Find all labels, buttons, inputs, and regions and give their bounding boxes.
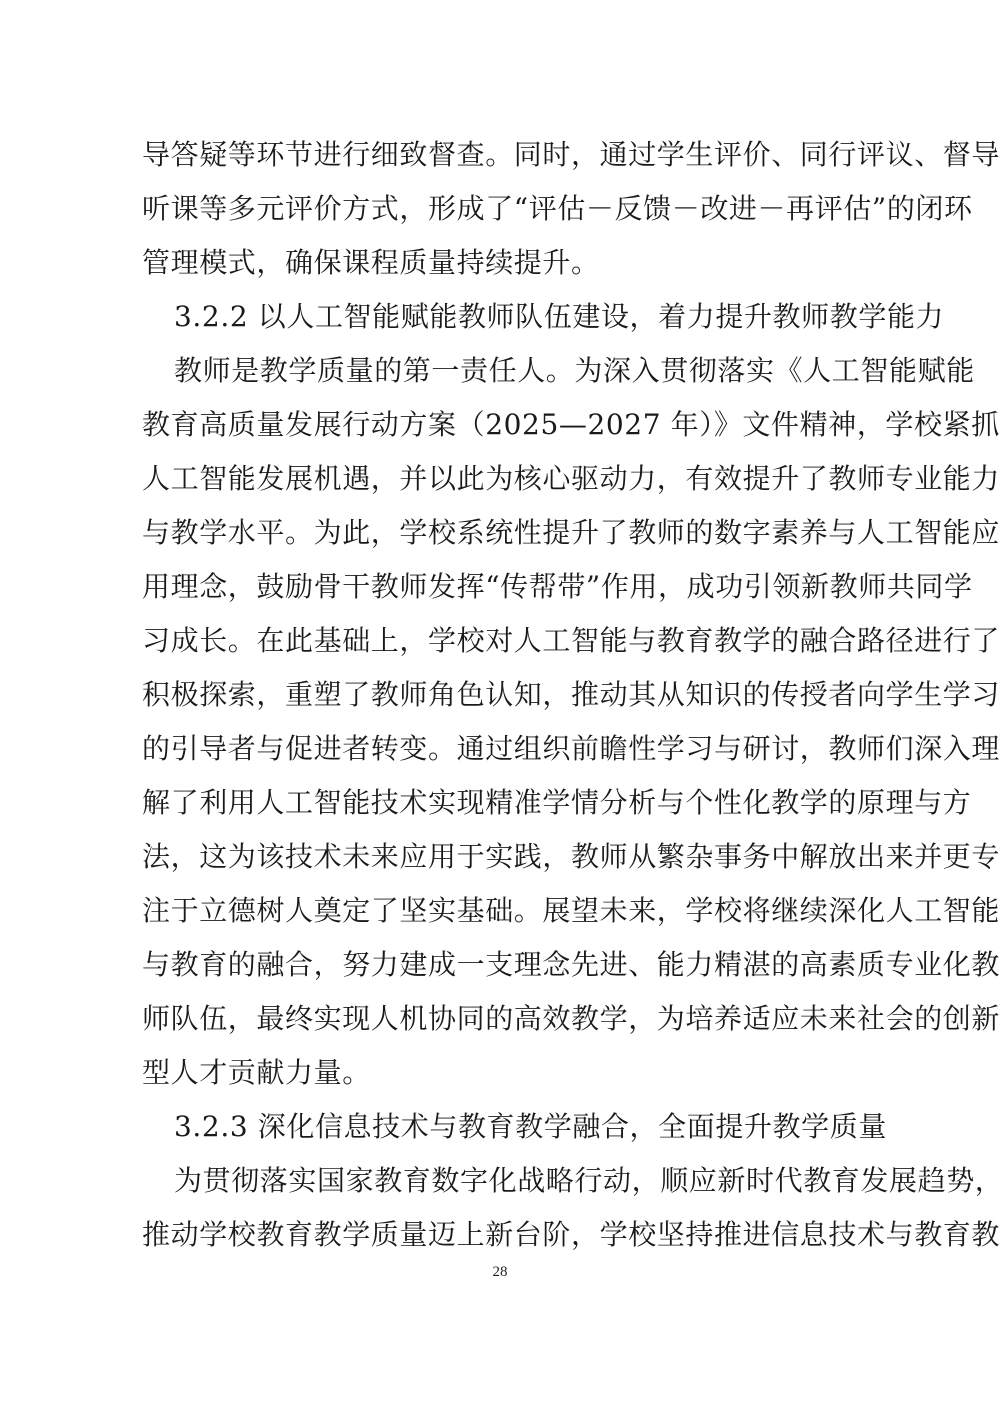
text-line: 与教学水平。为此，学校系统性提升了教师的数字素养与人工智能应 <box>142 513 862 553</box>
section-heading-3-2-3: 3.2.3 深化信息技术与教育教学融合，全面提升教学质量 <box>174 1107 862 1147</box>
text-line: 导答疑等环节进行细致督查。同时，通过学生评价、同行评议、督导 <box>142 135 862 175</box>
text-line: 师队伍，最终实现人机协同的高效教学，为培养适应未来社会的创新 <box>142 999 862 1039</box>
text-line: 型人才贡献力量。 <box>142 1053 862 1093</box>
text-line: 积极探索，重塑了教师角色认知，推动其从知识的传授者向学生学习 <box>142 675 862 715</box>
text-line: 推动学校教育教学质量迈上新台阶，学校坚持推进信息技术与教育教 <box>142 1215 862 1255</box>
text-line: 用理念，鼓励骨干教师发挥“传帮带”作用，成功引领新教师共同学 <box>142 567 862 607</box>
text-line: 习成长。在此基础上，学校对人工智能与教育教学的融合路径进行了 <box>142 621 862 661</box>
section-heading-3-2-2: 3.2.2 以人工智能赋能教师队伍建设，着力提升教师教学能力 <box>174 297 862 337</box>
text-line: 为贯彻落实国家教育数字化战略行动，顺应新时代教育发展趋势， <box>174 1161 862 1201</box>
text-line: 解了利用人工智能技术实现精准学情分析与个性化教学的原理与方 <box>142 783 862 823</box>
text-line: 与教育的融合，努力建成一支理念先进、能力精湛的高素质专业化教 <box>142 945 862 985</box>
document-page: 导答疑等环节进行细致督查。同时，通过学生评价、同行评议、督导 听课等多元评价方式… <box>0 0 1000 1414</box>
text-line: 管理模式，确保课程质量持续提升。 <box>142 243 862 283</box>
text-line: 的引导者与促进者转变。通过组织前瞻性学习与研讨，教师们深入理 <box>142 729 862 769</box>
text-line: 教育高质量发展行动方案（2025—2027 年）》文件精神，学校紧抓 <box>142 405 862 445</box>
text-line: 人工智能发展机遇，并以此为核心驱动力，有效提升了教师专业能力 <box>142 459 862 499</box>
page-number: 28 <box>0 1262 1000 1282</box>
text-line: 法，这为该技术未来应用于实践，教师从繁杂事务中解放出来并更专 <box>142 837 862 877</box>
text-line: 听课等多元评价方式，形成了“评估－反馈－改进－再评估”的闭环 <box>142 189 862 229</box>
text-line: 注于立德树人奠定了坚实基础。展望未来，学校将继续深化人工智能 <box>142 891 862 931</box>
text-line: 教师是教学质量的第一责任人。为深入贯彻落实《人工智能赋能 <box>174 351 862 391</box>
